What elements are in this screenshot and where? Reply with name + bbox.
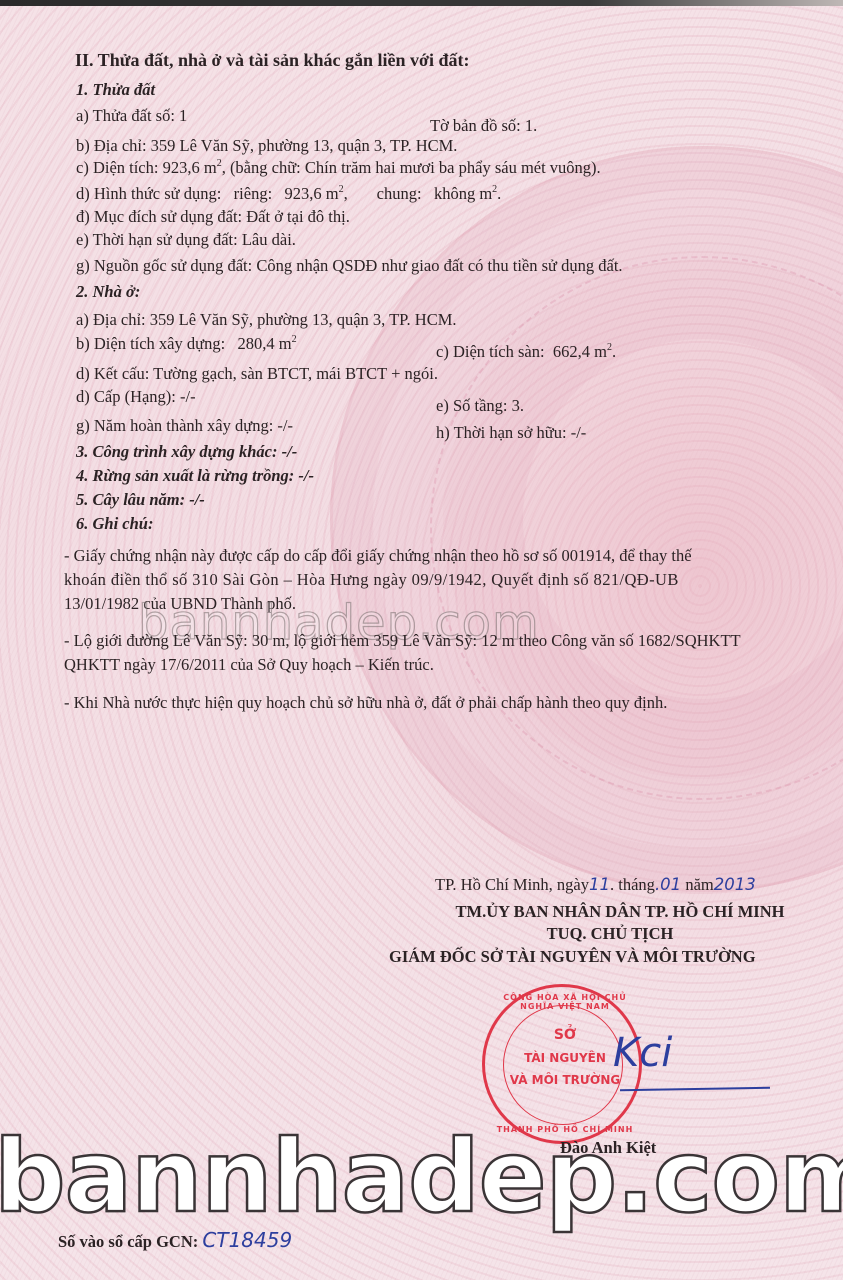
perennial-trees: 5. Cây lâu năm: -/-: [76, 490, 205, 510]
registry-number-value: CT18459: [202, 1228, 292, 1252]
note-1-line-1: - Giấy chứng nhận này được cấp do cấp đổ…: [64, 546, 692, 566]
stamp-inner-ring: [503, 1005, 623, 1125]
land-area: c) Diện tích: 923,6 m2, (bằng chữ: Chín …: [76, 158, 601, 178]
parcel-number: a) Thửa đất số: 1: [76, 106, 187, 126]
stamp-ring-top-text: CỘNG HÒA XÃ HỘI CHỦ NGHĨA VIỆT NAM: [485, 993, 645, 1011]
completion-year: g) Năm hoàn thành xây dựng: -/-: [76, 416, 293, 436]
map-sheet-value: 1.: [525, 116, 537, 135]
house-floors: e) Số tầng: 3.: [436, 396, 524, 416]
on-behalf-line: TUQ. CHỦ TỊCH: [380, 924, 840, 944]
parcel-number-value: 1: [179, 106, 187, 125]
note-1-line-2: khoán điền thổ số 310 Sài Gòn – Hòa Hưng…: [64, 570, 679, 590]
land-origin: g) Nguồn gốc sử dụng đất: Công nhận QSDĐ…: [76, 256, 623, 276]
place-date: TP. Hồ Chí Minh, ngày11. tháng.01 năm201…: [435, 875, 756, 895]
note-3: - Khi Nhà nước thực hiện quy hoạch chủ s…: [64, 693, 667, 713]
signature: Kci: [613, 1030, 672, 1076]
house-heading: 2. Nhà ở:: [76, 282, 140, 302]
director-title: GIÁM ĐỐC SỞ TÀI NGUYÊN VÀ MÔI TRƯỜNG: [389, 947, 756, 967]
ownership-term: h) Thời hạn sở hữu: -/-: [436, 423, 586, 443]
house-address: a) Địa chỉ: 359 Lê Văn Sỹ, phường 13, qu…: [76, 310, 457, 330]
handwritten-day: 11: [589, 875, 610, 894]
registry-number: Số vào sổ cấp GCN: CT18459: [58, 1230, 292, 1252]
land-purpose: đ) Mục đích sử dụng đất: Đất ở tại đô th…: [76, 207, 350, 227]
handwritten-month: .01: [655, 875, 681, 894]
section-title: II. Thửa đất, nhà ở và tài sản khác gắn …: [75, 50, 470, 70]
notes-heading: 6. Ghi chú:: [76, 514, 153, 534]
watermark-large: bannhadep.com: [0, 1118, 843, 1235]
land-term: e) Thời hạn sử dụng đất: Lâu dài.: [76, 230, 296, 250]
org-line: TM.ỦY BAN NHÂN DÂN TP. HỒ CHÍ MINH: [390, 902, 843, 922]
production-forest: 4. Rừng sản xuất là rừng trồng: -/-: [76, 466, 314, 486]
other-construction: 3. Công trình xây dựng khác: -/-: [76, 442, 297, 462]
usage-form: d) Hình thức sử dụng: riêng: 923,6 m2, c…: [76, 184, 501, 204]
note-2-line-1: - Lộ giới đường Lê Văn Sỹ: 30 m, lộ giới…: [64, 631, 741, 651]
note-2-line-2: QHKTT ngày 17/6/2011 của Sở Quy hoạch – …: [64, 655, 434, 675]
floor-area: c) Diện tích sàn: 662,4 m2.: [436, 342, 616, 362]
handwritten-year: 2013: [714, 875, 756, 894]
house-structure: d) Kết cấu: Tường gạch, sàn BTCT, mái BT…: [76, 364, 438, 384]
house-grade: d) Cấp (Hạng): -/-: [76, 387, 196, 407]
land-heading: 1. Thửa đất: [76, 80, 155, 100]
built-area: b) Diện tích xây dựng: 280,4 m2: [76, 334, 297, 354]
land-address: b) Địa chỉ: 359 Lê Văn Sỹ, phường 13, qu…: [76, 136, 457, 156]
map-sheet: Tờ bản đồ số: 1.: [430, 116, 537, 136]
